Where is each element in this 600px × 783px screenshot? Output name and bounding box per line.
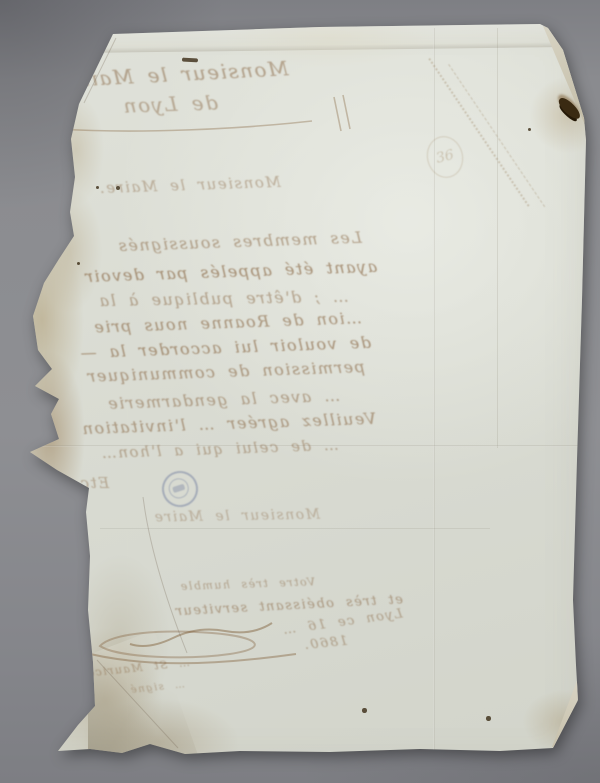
ink-speck (486, 716, 491, 721)
vertical-fold-crease-2 (497, 28, 498, 448)
ink-speck (96, 186, 99, 189)
mirrored-date-line2: 1860. (297, 633, 353, 654)
paper-sheet: 36 Monsieur le Maire de Lyon Monsieur le… (0, 0, 600, 783)
folded-corner-bottom-right (548, 676, 580, 750)
mirrored-salutation: Monsieur le Maire. (82, 172, 297, 197)
mirrored-body-line: Etc. (56, 474, 126, 492)
circled-number-showthrough: 36 (422, 132, 467, 181)
ink-speck (116, 186, 120, 190)
mirrored-header-line1: Monsieur le Maire (52, 55, 303, 92)
round-library-stamp (157, 466, 202, 511)
mirrored-closing-line1: Votre très humble (220, 575, 315, 591)
mirrored-header-line2: de Lyon (95, 89, 246, 118)
ink-speck (362, 708, 367, 713)
paper-shadow-wrap: 36 Monsieur le Maire de Lyon Monsieur le… (0, 0, 600, 783)
top-fold-band (58, 21, 586, 53)
diagonal-showthrough-script (428, 58, 529, 207)
mirrored-body-line: Les membres soussignés (92, 227, 387, 256)
mirrored-body-line: … ; d'être publique à la (56, 286, 391, 311)
mirrored-body-line: … de celui qui a l'hon… (62, 435, 377, 464)
mirrored-addressee-repeat: Monsieur le Maire (165, 507, 320, 526)
diagonal-showthrough-script (448, 64, 545, 207)
ink-speck (528, 128, 531, 131)
vertical-fold-crease (433, 28, 435, 750)
gray-mount-background: 36 Monsieur le Maire de Lyon Monsieur le… (0, 0, 600, 783)
horizontal-fold-crease-2 (100, 528, 490, 529)
mirrored-body-line: ayant été appelés par devoir (58, 256, 403, 287)
ink-speck (77, 262, 80, 265)
